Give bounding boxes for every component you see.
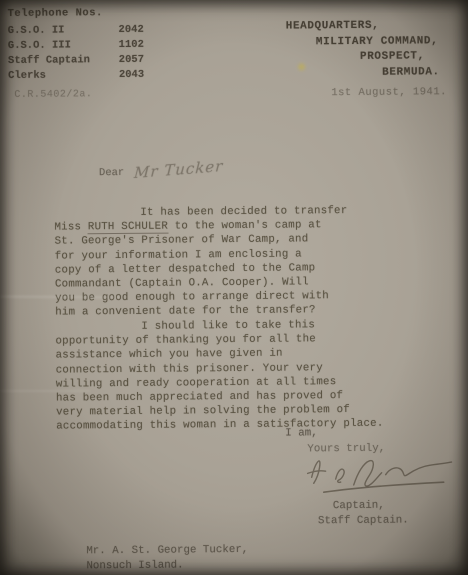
recipient-location: Nonsuch Island. — [86, 557, 248, 573]
recipient-name: Mr. A. St. George Tucker, — [86, 543, 248, 559]
stain-mark — [298, 63, 305, 70]
rank-line-staff-captain: Staff Captain. — [318, 514, 409, 527]
salutation-handwritten-name: Mr Tucker — [134, 157, 224, 182]
salutation-typed: Dear — [99, 167, 124, 179]
headquarters-block: HEADQUARTERS, MILITARY COMMAND, PROSPECT… — [286, 18, 440, 81]
telephone-row: Clerks 2043 — [8, 68, 144, 84]
telephone-number: 2042 — [118, 23, 143, 38]
telephone-title: Telephone Nos. — [8, 7, 158, 20]
telephone-number: 2043 — [119, 68, 144, 83]
telephone-block: Telephone Nos. G.S.O. II 2042 G.S.O. III… — [8, 7, 159, 84]
rank-line-captain: Captain, — [333, 500, 385, 512]
telephone-row: G.S.O. II 2042 — [8, 23, 144, 39]
telephone-label: Clerks — [8, 69, 46, 84]
paper-crease — [0, 390, 90, 392]
date-line: 1st August, 1941. — [331, 86, 447, 99]
body-paragraph-2: I should like to take this opportunity o… — [55, 317, 424, 434]
headquarters-line: MILITARY COMMAND, — [316, 34, 440, 51]
telephone-number: 2057 — [119, 53, 144, 68]
letter-content: Telephone Nos. G.S.O. II 2042 G.S.O. III… — [0, 0, 468, 575]
reference-number: C.R.5402/2a. — [14, 89, 92, 101]
recipient-address: Mr. A. St. George Tucker, Nonsuch Island… — [86, 543, 248, 573]
telephone-label: Staff Captain — [8, 53, 90, 69]
headquarters-line: BERMUDA. — [382, 65, 440, 81]
salutation: DearMr Tucker — [99, 160, 224, 179]
letter-photograph: Telephone Nos. G.S.O. II 2042 G.S.O. III… — [0, 0, 468, 575]
telephone-number: 1102 — [119, 38, 144, 53]
headquarters-line: HEADQUARTERS, — [286, 18, 440, 35]
body-text: to the woman's camp at — [168, 219, 322, 232]
telephone-row: G.S.O. III 1102 — [8, 38, 144, 54]
handwritten-signature — [293, 446, 468, 503]
body-text: Miss — [54, 221, 88, 233]
body-line: accommodating this woman in a satisfacto… — [56, 417, 424, 434]
telephone-label: G.S.O. III — [8, 38, 71, 54]
prisoner-name-underlined: RUTH SCHULER — [88, 221, 168, 235]
headquarters-line: PROSPECT, — [360, 49, 440, 65]
telephone-row: Staff Captain 2057 — [8, 53, 144, 69]
telephone-label: G.S.O. II — [8, 23, 65, 38]
body-paragraph-1: It has been decided to transfer Miss RUT… — [54, 203, 407, 320]
closing-i-am: I am, — [285, 427, 318, 439]
